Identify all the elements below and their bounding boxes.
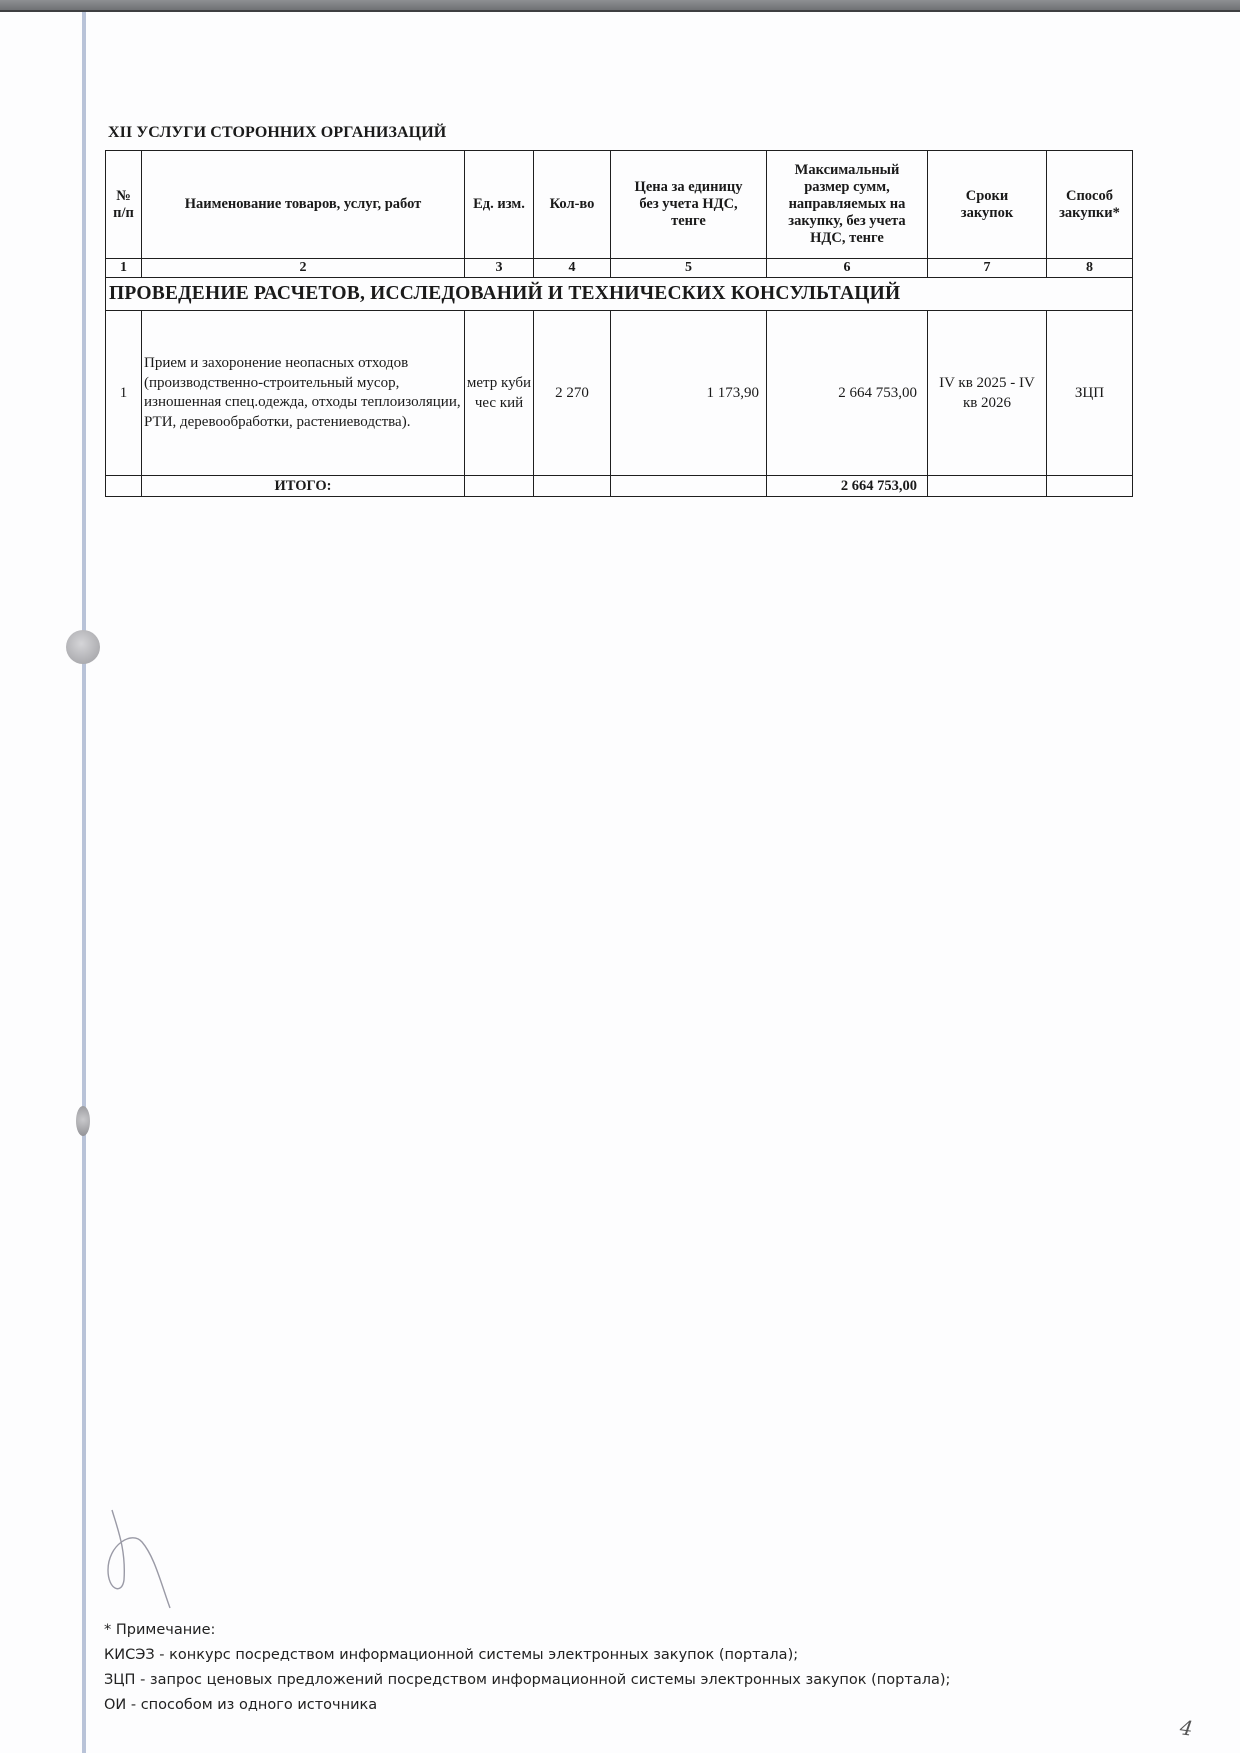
column-number: 8: [1047, 259, 1133, 278]
header-cell: Кол-во: [534, 151, 611, 259]
header-cell: Максимальный размер сумм, направляемых н…: [767, 151, 928, 259]
empty-cell: [534, 476, 611, 497]
table-row: 1 Прием и захоронение неопасных отходов …: [106, 311, 1133, 476]
footnote-line: ОИ - способом из одного источника: [104, 1693, 950, 1718]
header-cell: Наименование товаров, услуг, работ: [142, 151, 465, 259]
empty-cell: [928, 476, 1047, 497]
binding-strip: [82, 12, 86, 1753]
empty-cell: [611, 476, 767, 497]
scan-edge: [0, 0, 1240, 12]
column-number: 3: [465, 259, 534, 278]
header-row: № п/п Наименование товаров, услуг, работ…: [106, 151, 1133, 259]
empty-cell: [465, 476, 534, 497]
empty-cell: [106, 476, 142, 497]
item-quantity: 2 270: [534, 311, 611, 476]
item-period: IV кв 2025 - IV кв 2026: [928, 311, 1047, 476]
header-cell: № п/п: [106, 151, 142, 259]
page-number: 4: [1178, 1715, 1194, 1741]
empty-cell: [1047, 476, 1133, 497]
item-name: Прием и захоронение неопасных отходов (п…: [142, 311, 465, 476]
header-cell: Ед. изм.: [465, 151, 534, 259]
total-max-amount: 2 664 753,00: [767, 476, 928, 497]
punch-hole: [66, 630, 100, 664]
total-row: ИТОГО: 2 664 753,00: [106, 476, 1133, 497]
footnote-line: КИСЭЗ - конкурс посредством информационн…: [104, 1643, 950, 1668]
item-max-amount: 2 664 753,00: [767, 311, 928, 476]
header-cell: Способ закупки*: [1047, 151, 1133, 259]
column-number: 6: [767, 259, 928, 278]
group-row: ПРОВЕДЕНИЕ РАСЧЕТОВ, ИССЛЕДОВАНИЙ И ТЕХН…: [106, 278, 1133, 311]
punch-hole: [76, 1106, 90, 1136]
column-number: 7: [928, 259, 1047, 278]
section-title: XII УСЛУГИ СТОРОННИХ ОРГАНИЗАЦИЙ: [108, 124, 446, 142]
item-unit-price: 1 173,90: [611, 311, 767, 476]
footnote-line: ЗЦП - запрос ценовых предложений посредс…: [104, 1668, 950, 1693]
column-number: 4: [534, 259, 611, 278]
column-number-row: 1 2 3 4 5 6 7 8: [106, 259, 1133, 278]
header-cell: Сроки закупок: [928, 151, 1047, 259]
group-title: ПРОВЕДЕНИЕ РАСЧЕТОВ, ИССЛЕДОВАНИЙ И ТЕХН…: [106, 278, 1133, 311]
signature: [104, 1500, 184, 1610]
row-number: 1: [106, 311, 142, 476]
footnote-title: * Примечание:: [104, 1618, 950, 1643]
footnote: * Примечание: КИСЭЗ - конкурс посредство…: [104, 1618, 950, 1718]
column-number: 1: [106, 259, 142, 278]
item-method: ЗЦП: [1047, 311, 1133, 476]
column-number: 2: [142, 259, 465, 278]
item-unit: метр кубичес кий: [465, 311, 534, 476]
header-cell: Цена за единицу без учета НДС, тенге: [611, 151, 767, 259]
procurement-table: № п/п Наименование товаров, услуг, работ…: [105, 150, 1133, 497]
total-label: ИТОГО:: [142, 476, 465, 497]
column-number: 5: [611, 259, 767, 278]
